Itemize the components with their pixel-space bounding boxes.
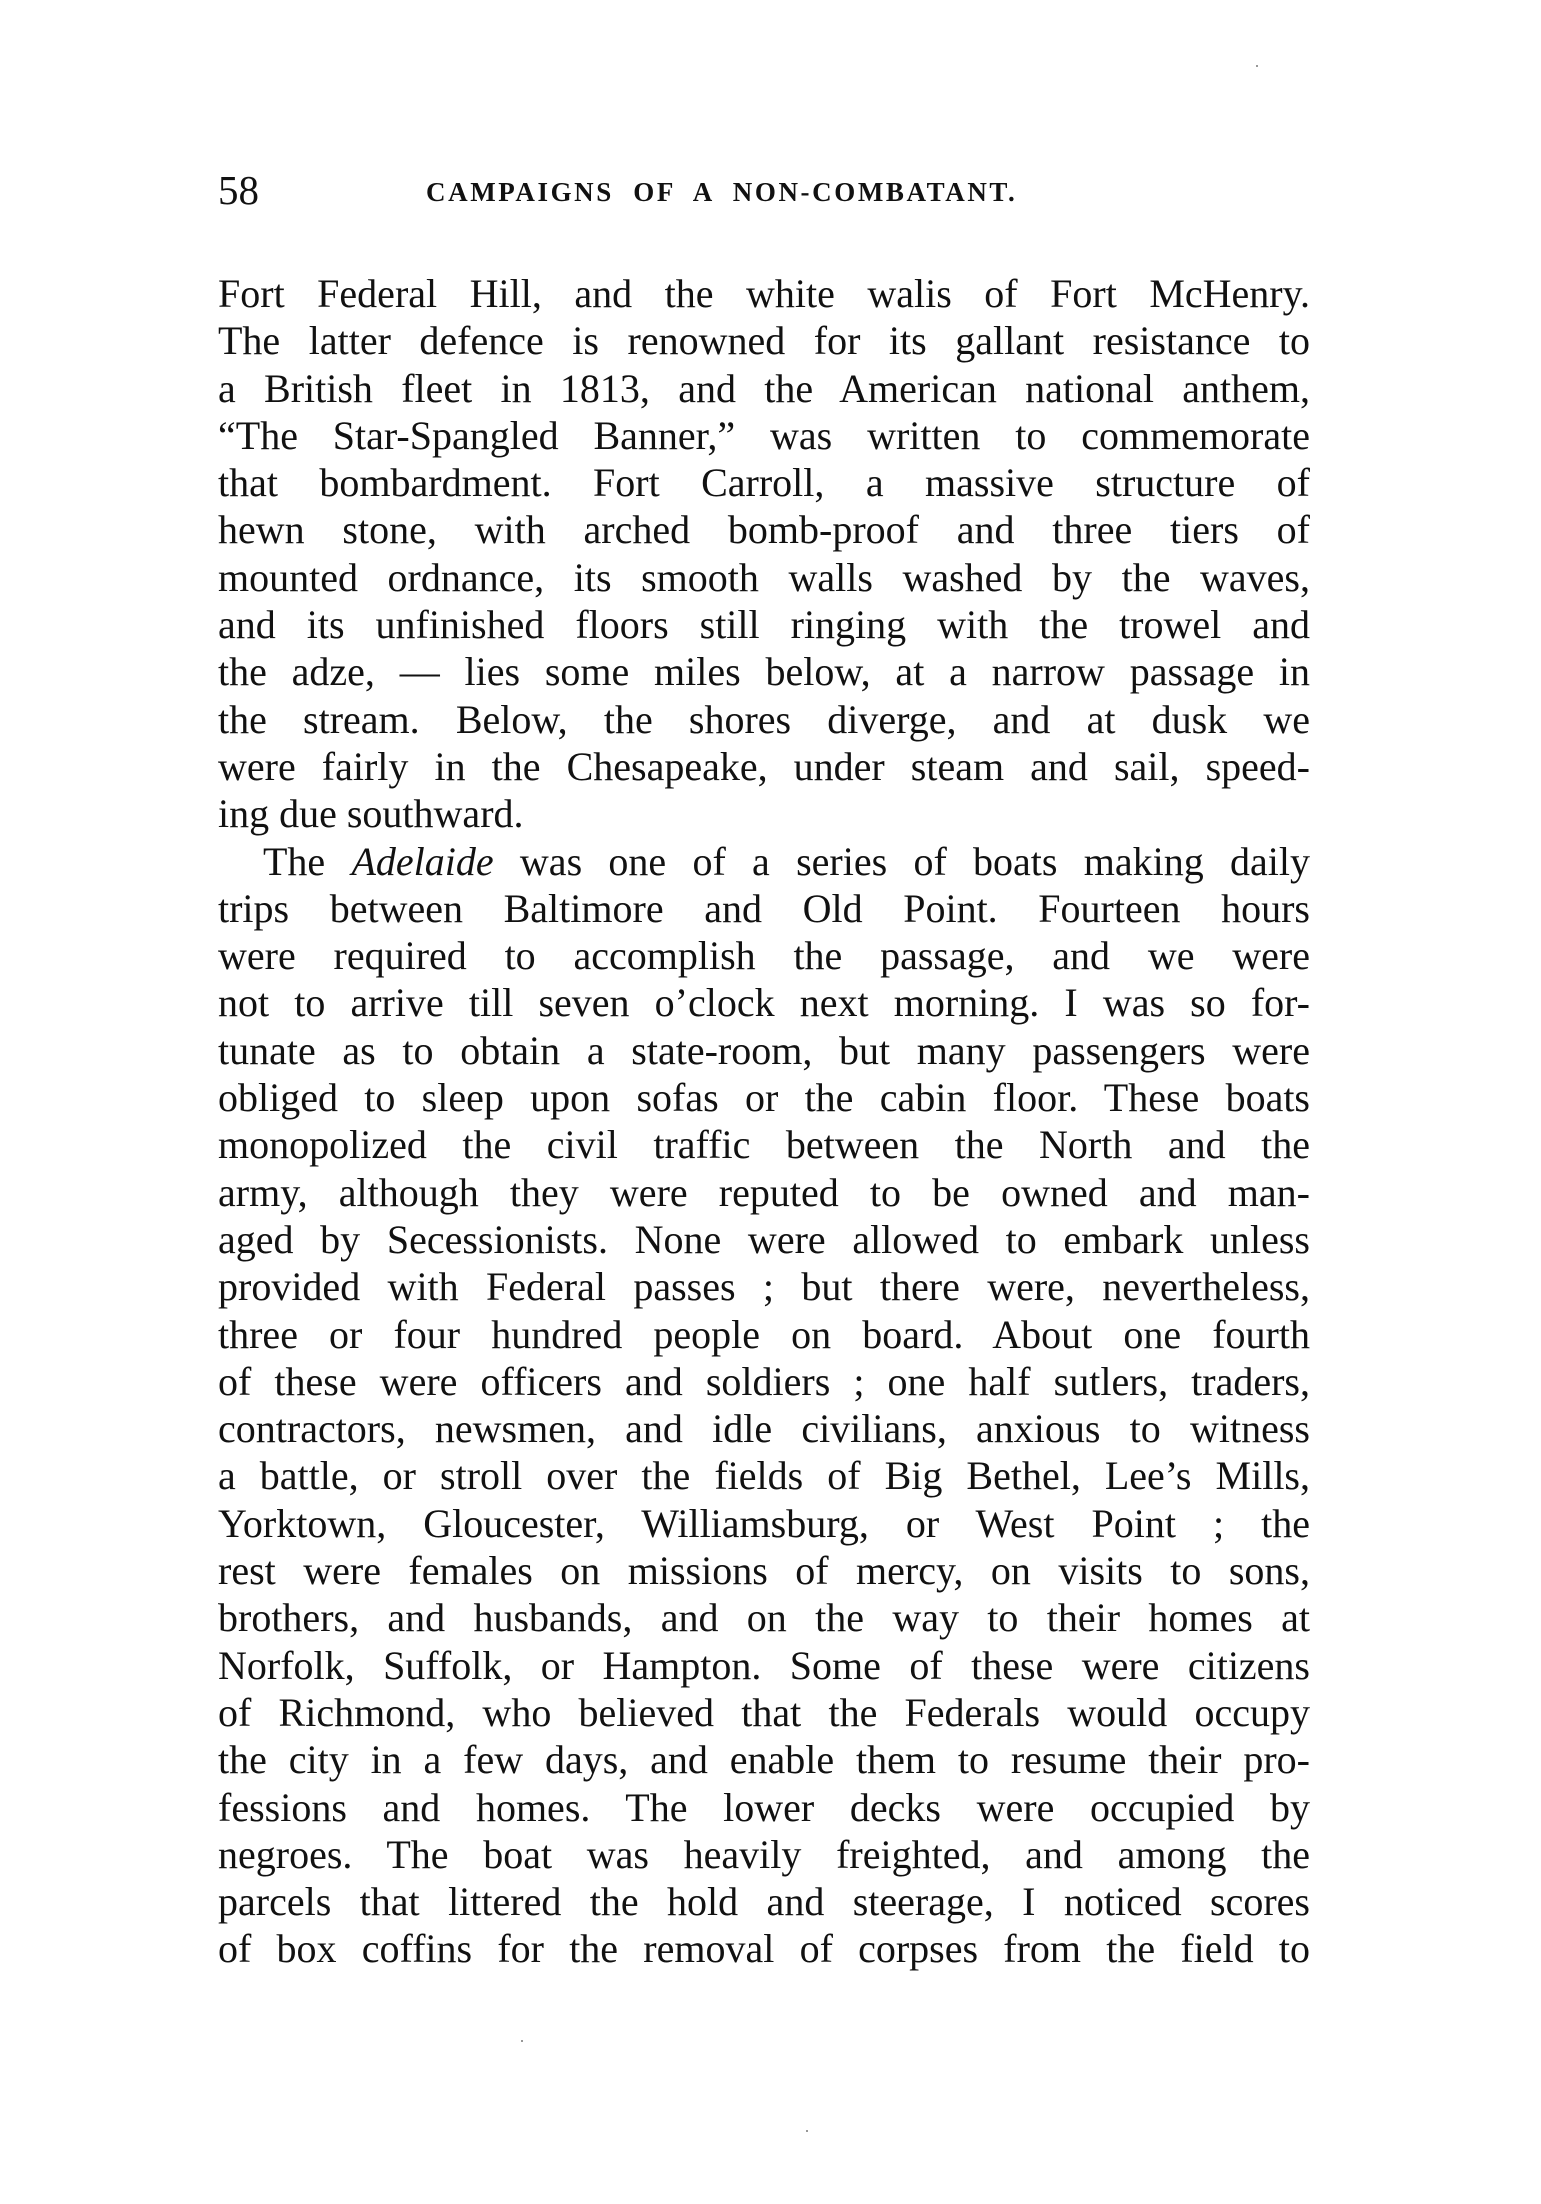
text-line: were required to accomplish the passage,… bbox=[218, 932, 1310, 979]
text-line: “The Star-Spangled Banner,” was written … bbox=[218, 412, 1310, 459]
text-line: fessions and homes. The lower decks were… bbox=[218, 1784, 1310, 1831]
text-line: the adze, — lies some miles below, at a … bbox=[218, 648, 1310, 695]
text-line: a British fleet in 1813, and the America… bbox=[218, 365, 1310, 412]
text-line: aged by Secessionists. None were allowed… bbox=[218, 1216, 1310, 1263]
paragraph-end-line: ing due southward. bbox=[218, 790, 1310, 837]
text-line: of these were officers and soldiers ; on… bbox=[218, 1358, 1310, 1405]
paragraph-start-line: The Adelaide was one of a series of boat… bbox=[218, 838, 1310, 885]
text-line: that bombardment. Fort Carroll, a massiv… bbox=[218, 459, 1310, 506]
text-line: not to arrive till seven o’clock next mo… bbox=[218, 979, 1310, 1026]
text-line: contractors, newsmen, and idle civilians… bbox=[218, 1405, 1310, 1452]
text-line: Norfolk, Suffolk, or Hampton. Some of th… bbox=[218, 1642, 1310, 1689]
scan-speck bbox=[521, 2040, 523, 2042]
text-line: Fort Federal Hill, and the white walis o… bbox=[218, 270, 1310, 317]
text-line: hewn stone, with arched bomb-proof and t… bbox=[218, 506, 1310, 553]
scan-speck bbox=[806, 2130, 808, 2132]
text-line: tunate as to obtain a state-room, but ma… bbox=[218, 1027, 1310, 1074]
text-line: army, although they were reputed to be o… bbox=[218, 1169, 1310, 1216]
text-line: mounted ordnance, its smooth walls washe… bbox=[218, 554, 1310, 601]
text-line: brothers, and husbands, and on the way t… bbox=[218, 1594, 1310, 1641]
scan-speck bbox=[1256, 65, 1258, 67]
text-line: of Richmond, who believed that the Feder… bbox=[218, 1689, 1310, 1736]
text-line: monopolized the civil traffic between th… bbox=[218, 1121, 1310, 1168]
text-line: rest were females on missions of mercy, … bbox=[218, 1547, 1310, 1594]
text-line: of box coffins for the removal of corpse… bbox=[218, 1925, 1310, 1972]
book-page: 58 CAMPAIGNS OF A NON-COMBATANT. Fort Fe… bbox=[0, 0, 1541, 2204]
body-text: Fort Federal Hill, and the white walis o… bbox=[218, 270, 1310, 1973]
text-line: the city in a few days, and enable them … bbox=[218, 1736, 1310, 1783]
text-line: were fairly in the Chesapeake, under ste… bbox=[218, 743, 1310, 790]
text-line: three or four hundred people on board. A… bbox=[218, 1311, 1310, 1358]
text-line: parcels that littered the hold and steer… bbox=[218, 1878, 1310, 1925]
text-line: a battle, or stroll over the fields of B… bbox=[218, 1452, 1310, 1499]
text-line: obliged to sleep upon sofas or the cabin… bbox=[218, 1074, 1310, 1121]
text-line: trips between Baltimore and Old Point. F… bbox=[218, 885, 1310, 932]
running-title: CAMPAIGNS OF A NON-COMBATANT. bbox=[426, 174, 1017, 210]
paragraph-lead-word: The bbox=[263, 839, 325, 884]
text-line: The latter defence is renowned for its g… bbox=[218, 317, 1310, 364]
text-line: negroes. The boat was heavily freighted,… bbox=[218, 1831, 1310, 1878]
ship-name-italic: Adelaide bbox=[351, 839, 493, 884]
paragraph-start-rest: was one of a series of boats making dail… bbox=[520, 839, 1310, 884]
text-line: Yorktown, Gloucester, Williamsburg, or W… bbox=[218, 1500, 1310, 1547]
text-line: and its unfinished floors still ringing … bbox=[218, 601, 1310, 648]
text-line: provided with Federal passes ; but there… bbox=[218, 1263, 1310, 1310]
running-head: 58 CAMPAIGNS OF A NON-COMBATANT. bbox=[218, 168, 1310, 212]
text-line: the stream. Below, the shores diverge, a… bbox=[218, 696, 1310, 743]
page-number: 58 bbox=[218, 168, 259, 212]
